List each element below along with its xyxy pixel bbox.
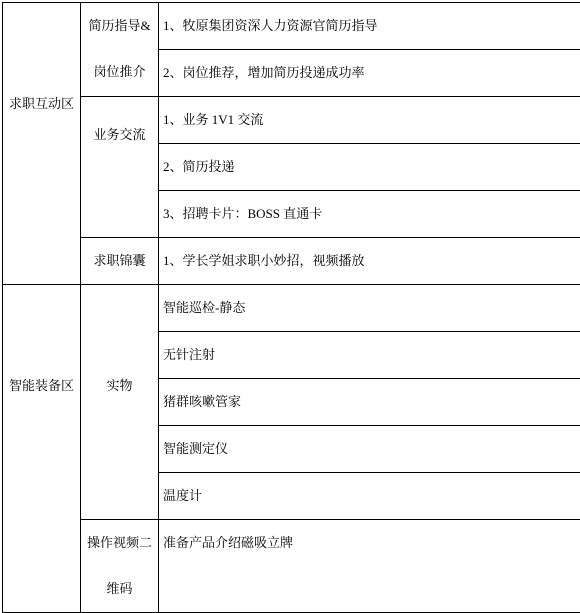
item-cell: 3、招聘卡片：BOSS 直通卡 [159,191,580,238]
zone-cell-job-interaction: 求职互动区 [3,3,81,285]
item-cell: 智能巡检-静态 [159,285,580,332]
group-cell-operation-video-qrcode: 操作视频二维码 [81,520,159,613]
item-cell: 猪群咳嗽管家 [159,379,580,426]
item-cell: 智能测定仪 [159,426,580,473]
item-cell: 1、牧原集团资深人力资源官简历指导 [159,3,580,50]
group-cell-business-exchange: 业务交流 [81,97,159,238]
item-cell: 准备产品介绍磁吸立牌 [159,520,580,613]
group-cell-job-tips: 求职锦囊 [81,238,159,285]
zone-cell-smart-equipment: 智能装备区 [3,285,81,613]
item-cell: 无针注射 [159,332,580,379]
item-cell: 1、学长学姐求职小妙招，视频播放 [159,238,580,285]
table-row: 求职锦囊 1、学长学姐求职小妙招，视频播放 [3,238,580,285]
table-row: 业务交流 1、业务 1V1 交流 [3,97,580,144]
item-cell: 1、业务 1V1 交流 [159,97,580,144]
table-row: 智能装备区 实物 智能巡检-静态 [3,285,580,332]
table-row: 操作视频二维码 准备产品介绍磁吸立牌 [3,520,580,613]
group-cell-physical-objects: 实物 [81,285,159,520]
group-cell-resume-guidance: 简历指导&岗位推介 [81,3,159,97]
item-cell: 2、岗位推荐，增加简历投递成功率 [159,50,580,97]
item-cell: 2、简历投递 [159,144,580,191]
zone-plan-table: 求职互动区 简历指导&岗位推介 1、牧原集团资深人力资源官简历指导 2、岗位推荐… [2,2,580,613]
item-cell: 温度计 [159,473,580,520]
table-row: 求职互动区 简历指导&岗位推介 1、牧原集团资深人力资源官简历指导 [3,3,580,50]
